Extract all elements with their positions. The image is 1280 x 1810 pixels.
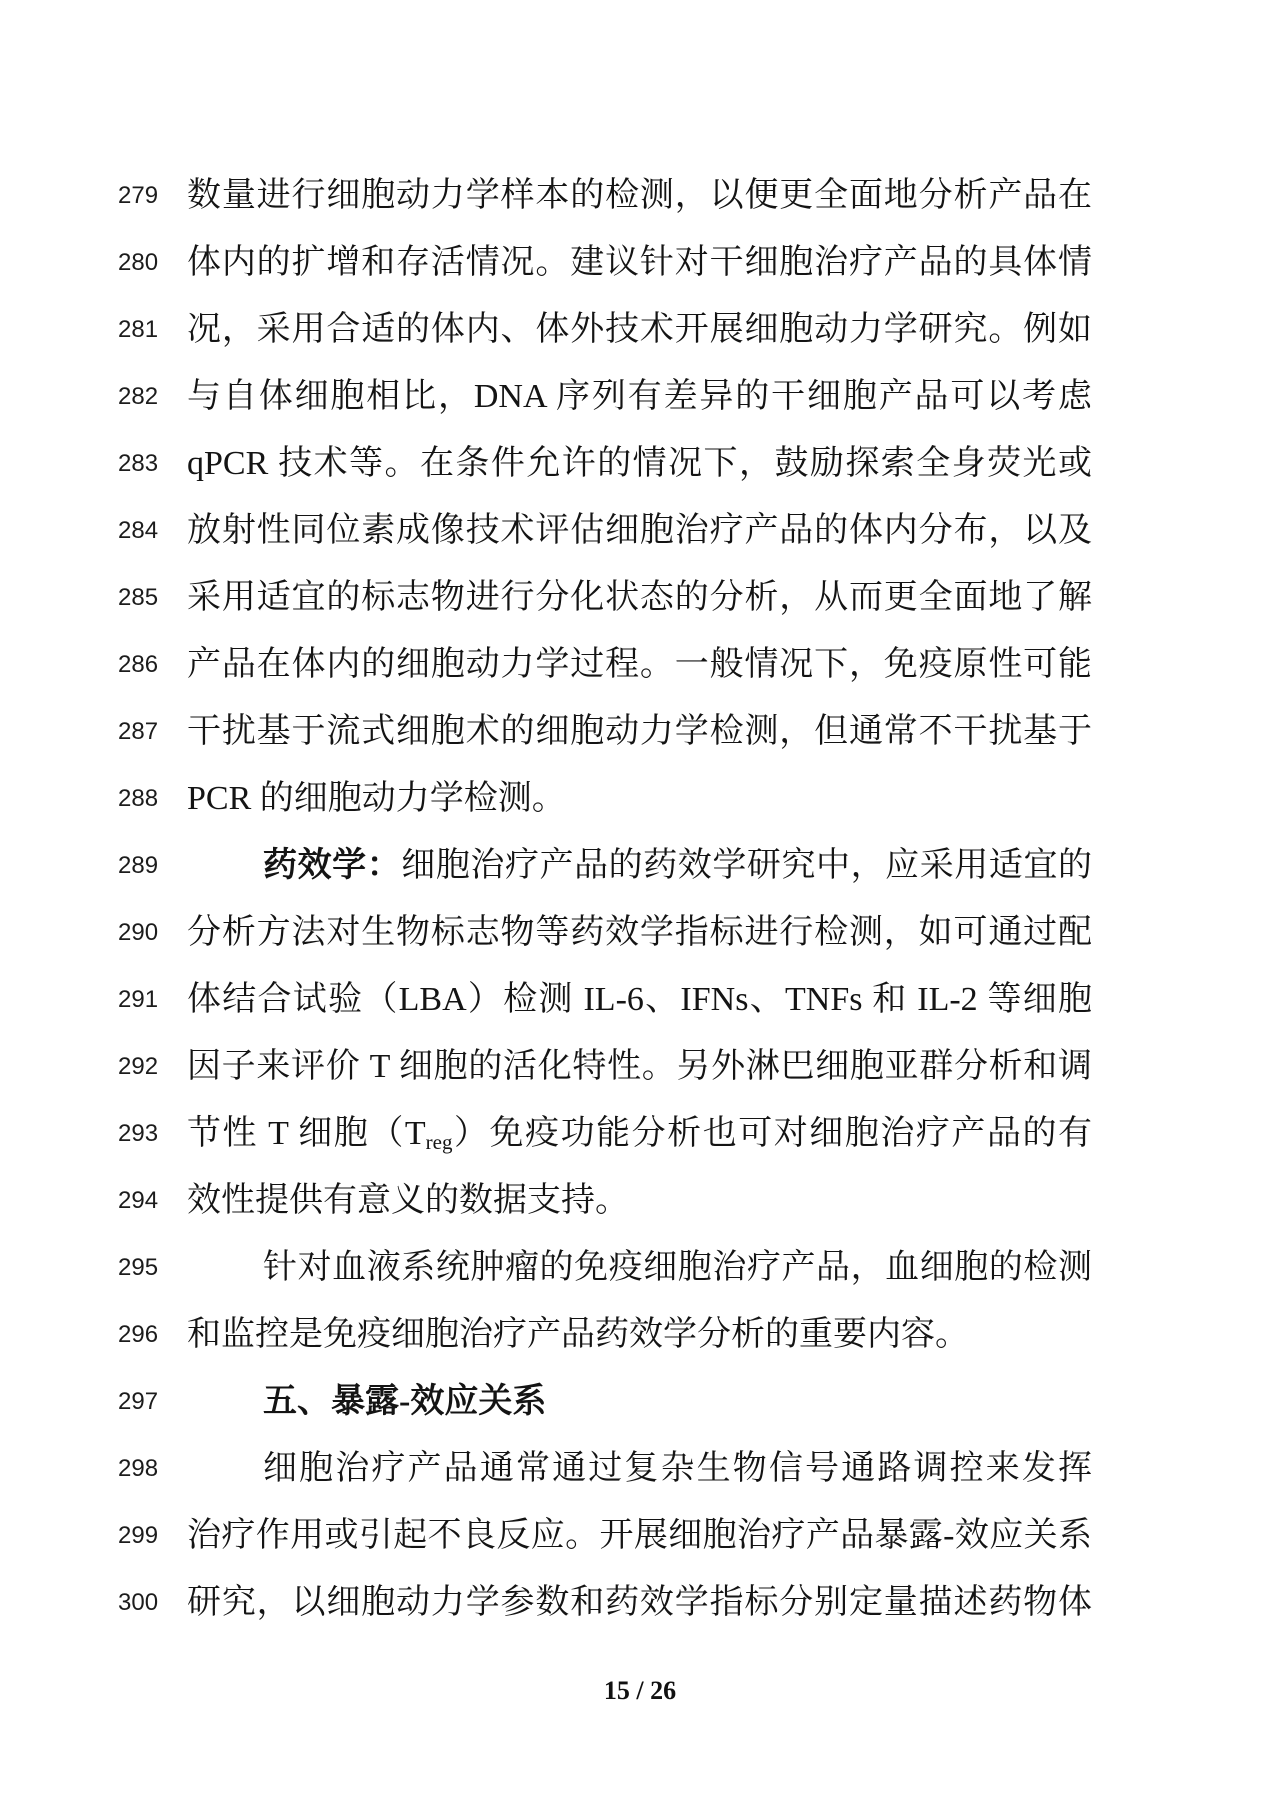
text-segment: 因子来评价 T 细胞的活化特性。另外淋巴细胞亚群分析和调 (187, 1048, 1092, 1085)
text-segment: PCR 的细胞动力学检测。 (187, 780, 566, 817)
line-text: 研究，以细胞动力学参数和药效学指标分别定量描述药物体 (187, 1569, 1092, 1636)
line-number: 281 (105, 296, 187, 363)
line-text: 和监控是免疫细胞治疗产品药效学分析的重要内容。 (187, 1301, 1092, 1368)
line-number: 297 (105, 1368, 187, 1435)
text-segment: 和监控是免疫细胞治疗产品药效学分析的重要内容。 (187, 1316, 969, 1353)
text-segment: 分析方法对生物标志物等药效学指标进行检测，如可通过配 (187, 914, 1092, 951)
text-segment: 体内的扩增和存活情况。建议针对干细胞治疗产品的具体情 (187, 244, 1092, 281)
subscript-text-segment: reg (426, 1130, 453, 1154)
line-text: 放射性同位素成像技术评估细胞治疗产品的体内分布，以及 (187, 497, 1092, 564)
text-line: 298细胞治疗产品通常通过复杂生物信号通路调控来发挥 (105, 1435, 1105, 1502)
line-number: 298 (105, 1435, 187, 1502)
line-number: 300 (105, 1569, 187, 1636)
text-line: 280体内的扩增和存活情况。建议针对干细胞治疗产品的具体情 (105, 229, 1105, 296)
line-text: 因子来评价 T 细胞的活化特性。另外淋巴细胞亚群分析和调 (187, 1033, 1092, 1100)
line-number: 293 (105, 1100, 187, 1167)
line-text: 与自体细胞相比，DNA 序列有差异的干细胞产品可以考虑 (187, 363, 1092, 430)
text-segment: 节性 T 细胞（T (187, 1115, 426, 1152)
text-line: 299治疗作用或引起不良反应。开展细胞治疗产品暴露-效应关系 (105, 1502, 1105, 1569)
text-line: 300研究，以细胞动力学参数和药效学指标分别定量描述药物体 (105, 1569, 1105, 1636)
text-segment: 体结合试验（LBA）检测 IL-6、IFNs、TNFs 和 IL-2 等细胞 (187, 981, 1092, 1018)
line-number: 296 (105, 1301, 187, 1368)
document-page: 279数量进行细胞动力学样本的检测，以便更全面地分析产品在280体内的扩增和存活… (0, 0, 1280, 1810)
line-text: qPCR 技术等。在条件允许的情况下，鼓励探索全身荧光或 (187, 430, 1092, 497)
line-number: 286 (105, 631, 187, 698)
line-number: 284 (105, 497, 187, 564)
line-number: 285 (105, 564, 187, 631)
line-number: 287 (105, 698, 187, 765)
text-line: 291体结合试验（LBA）检测 IL-6、IFNs、TNFs 和 IL-2 等细… (105, 966, 1105, 1033)
line-text: 况，采用合适的体内、体外技术开展细胞动力学研究。例如 (187, 296, 1092, 363)
line-text: 节性 T 细胞（Treg）免疫功能分析也可对细胞治疗产品的有 (187, 1100, 1092, 1167)
text-line: 295针对血液系统肿瘤的免疫细胞治疗产品，血细胞的检测 (105, 1234, 1105, 1301)
text-segment: 细胞治疗产品通常通过复杂生物信号通路调控来发挥 (263, 1450, 1092, 1487)
line-text: 五、暴露-效应关系 (187, 1368, 1092, 1435)
text-line: 281况，采用合适的体内、体外技术开展细胞动力学研究。例如 (105, 296, 1105, 363)
line-text: 针对血液系统肿瘤的免疫细胞治疗产品，血细胞的检测 (187, 1234, 1092, 1301)
document-body: 279数量进行细胞动力学样本的检测，以便更全面地分析产品在280体内的扩增和存活… (105, 162, 1105, 1636)
text-line: 282与自体细胞相比，DNA 序列有差异的干细胞产品可以考虑 (105, 363, 1105, 430)
line-number: 291 (105, 966, 187, 1033)
line-number: 283 (105, 430, 187, 497)
line-text: 产品在体内的细胞动力学过程。一般情况下，免疫原性可能 (187, 631, 1092, 698)
text-line: 287干扰基于流式细胞术的细胞动力学检测，但通常不干扰基于 (105, 698, 1105, 765)
text-line: 294效性提供有意义的数据支持。 (105, 1167, 1105, 1234)
line-text: 治疗作用或引起不良反应。开展细胞治疗产品暴露-效应关系 (187, 1502, 1092, 1569)
line-number: 289 (105, 832, 187, 899)
text-segment: 与自体细胞相比，DNA 序列有差异的干细胞产品可以考虑 (187, 378, 1092, 415)
line-number: 288 (105, 765, 187, 832)
text-line: 279数量进行细胞动力学样本的检测，以便更全面地分析产品在 (105, 162, 1105, 229)
text-segment: 细胞治疗产品的药效学研究中，应采用适宜的 (401, 847, 1092, 884)
text-segment: 数量进行细胞动力学样本的检测，以便更全面地分析产品在 (187, 177, 1092, 214)
line-number: 279 (105, 162, 187, 229)
line-text: 效性提供有意义的数据支持。 (187, 1167, 1092, 1234)
line-number: 290 (105, 899, 187, 966)
text-line: 296和监控是免疫细胞治疗产品药效学分析的重要内容。 (105, 1301, 1105, 1368)
line-text: 分析方法对生物标志物等药效学指标进行检测，如可通过配 (187, 899, 1092, 966)
line-text: 数量进行细胞动力学样本的检测，以便更全面地分析产品在 (187, 162, 1092, 229)
text-segment: 针对血液系统肿瘤的免疫细胞治疗产品，血细胞的检测 (263, 1249, 1092, 1286)
line-number: 292 (105, 1033, 187, 1100)
text-line: 292因子来评价 T 细胞的活化特性。另外淋巴细胞亚群分析和调 (105, 1033, 1105, 1100)
bold-text-segment: 药效学： (263, 847, 401, 884)
bold-text-segment: 五、暴露-效应关系 (263, 1383, 546, 1420)
text-segment: 治疗作用或引起不良反应。开展细胞治疗产品暴露-效应关系 (187, 1517, 1092, 1554)
text-line: 297五、暴露-效应关系 (105, 1368, 1105, 1435)
text-segment: qPCR 技术等。在条件允许的情况下，鼓励探索全身荧光或 (187, 445, 1092, 482)
line-number: 294 (105, 1167, 187, 1234)
line-number: 295 (105, 1234, 187, 1301)
line-text: PCR 的细胞动力学检测。 (187, 765, 1092, 832)
line-text: 体内的扩增和存活情况。建议针对干细胞治疗产品的具体情 (187, 229, 1092, 296)
text-segment: ）免疫功能分析也可对细胞治疗产品的有 (452, 1115, 1092, 1152)
text-line: 286产品在体内的细胞动力学过程。一般情况下，免疫原性可能 (105, 631, 1105, 698)
text-line: 293节性 T 细胞（Treg）免疫功能分析也可对细胞治疗产品的有 (105, 1100, 1105, 1167)
line-text: 药效学：细胞治疗产品的药效学研究中，应采用适宜的 (187, 832, 1092, 899)
text-line: 283qPCR 技术等。在条件允许的情况下，鼓励探索全身荧光或 (105, 430, 1105, 497)
line-number: 282 (105, 363, 187, 430)
line-text: 细胞治疗产品通常通过复杂生物信号通路调控来发挥 (187, 1435, 1092, 1502)
text-segment: 放射性同位素成像技术评估细胞治疗产品的体内分布，以及 (187, 512, 1092, 549)
text-line: 290分析方法对生物标志物等药效学指标进行检测，如可通过配 (105, 899, 1105, 966)
text-line: 284放射性同位素成像技术评估细胞治疗产品的体内分布，以及 (105, 497, 1105, 564)
line-text: 体结合试验（LBA）检测 IL-6、IFNs、TNFs 和 IL-2 等细胞 (187, 966, 1092, 1033)
line-text: 干扰基于流式细胞术的细胞动力学检测，但通常不干扰基于 (187, 698, 1092, 765)
line-text: 采用适宜的标志物进行分化状态的分析，从而更全面地了解 (187, 564, 1092, 631)
text-segment: 研究，以细胞动力学参数和药效学指标分别定量描述药物体 (187, 1584, 1092, 1621)
line-number: 299 (105, 1502, 187, 1569)
text-line: 288PCR 的细胞动力学检测。 (105, 765, 1105, 832)
text-line: 285采用适宜的标志物进行分化状态的分析，从而更全面地了解 (105, 564, 1105, 631)
page-number: 15 / 26 (0, 1676, 1280, 1706)
text-segment: 效性提供有意义的数据支持。 (187, 1182, 629, 1219)
text-line: 289药效学：细胞治疗产品的药效学研究中，应采用适宜的 (105, 832, 1105, 899)
text-segment: 干扰基于流式细胞术的细胞动力学检测，但通常不干扰基于 (187, 713, 1092, 750)
text-segment: 况，采用合适的体内、体外技术开展细胞动力学研究。例如 (187, 311, 1092, 348)
text-segment: 采用适宜的标志物进行分化状态的分析，从而更全面地了解 (187, 579, 1092, 616)
text-segment: 产品在体内的细胞动力学过程。一般情况下，免疫原性可能 (187, 646, 1092, 683)
line-number: 280 (105, 229, 187, 296)
